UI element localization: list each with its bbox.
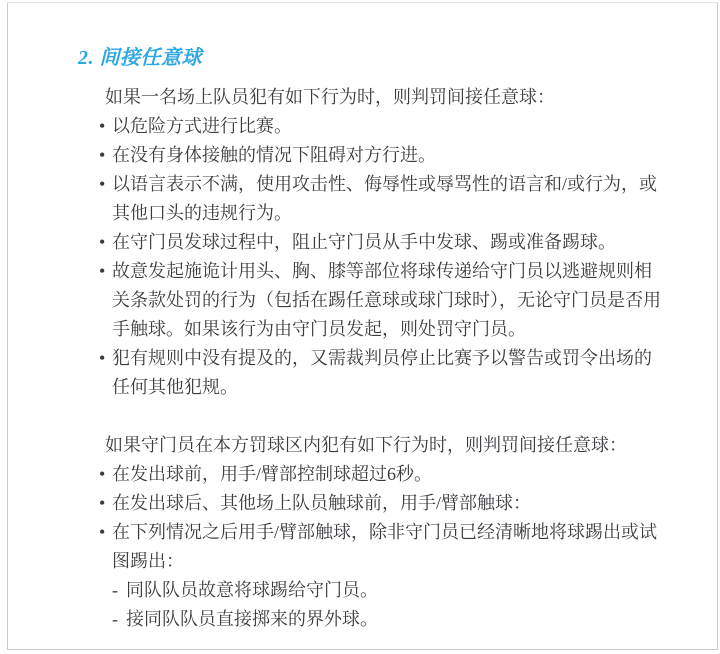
bullet-item: 在守门员发球过程中，阻止守门员从手中发球、踢或准备踢球。 [99,228,661,257]
bullet-item: 在发出球前，用手/臂部控制球超过6秒。 [99,460,661,489]
bullet-item: 在发出球后、其他场上队员触球前，用手/臂部触球： [99,489,661,518]
sub-item: 同队队员故意将球踢给守门员。 [112,576,666,605]
section-heading: 2. 间接任意球 [78,46,720,70]
rules-content: 如果一名场上队员犯有如下行为时，则判罚间接任意球： 以危险方式进行比赛。 在没有… [0,83,720,634]
bullet-item: 故意发起施诡计用头、胸、膝等部位将球传递给守门员以逃避规则相关条款处罚的行为（包… [99,257,661,344]
bullet-item: 犯有规则中没有提及的，又需裁判员停止比赛予以警告或罚令出场的任何其他犯规。 [99,344,661,402]
bullet-item: 以危险方式进行比赛。 [99,112,661,141]
intro-paragraph: 如果守门员在本方罚球区内犯有如下行为时，则判罚间接任意球： [105,431,665,460]
section-goalkeeper: 如果守门员在本方罚球区内犯有如下行为时，则判罚间接任意球： 在发出球前，用手/臂… [0,431,720,634]
bullet-item: 在没有身体接触的情况下阻碍对方行进。 [99,141,661,170]
bullet-item: 以语言表示不满，使用攻击性、侮辱性或辱骂性的语言和/或行为，或其他口头的违规行为… [99,170,661,228]
intro-paragraph: 如果一名场上队员犯有如下行为时，则判罚间接任意球： [105,83,665,112]
section-field-players: 如果一名场上队员犯有如下行为时，则判罚间接任意球： 以危险方式进行比赛。 在没有… [0,83,720,402]
bullet-item: 在下列情况之后用手/臂部触球，除非守门员已经清晰地将球踢出或试图踢出： [99,518,661,576]
sub-item: 接同队队员直接掷来的界外球。 [112,605,666,634]
